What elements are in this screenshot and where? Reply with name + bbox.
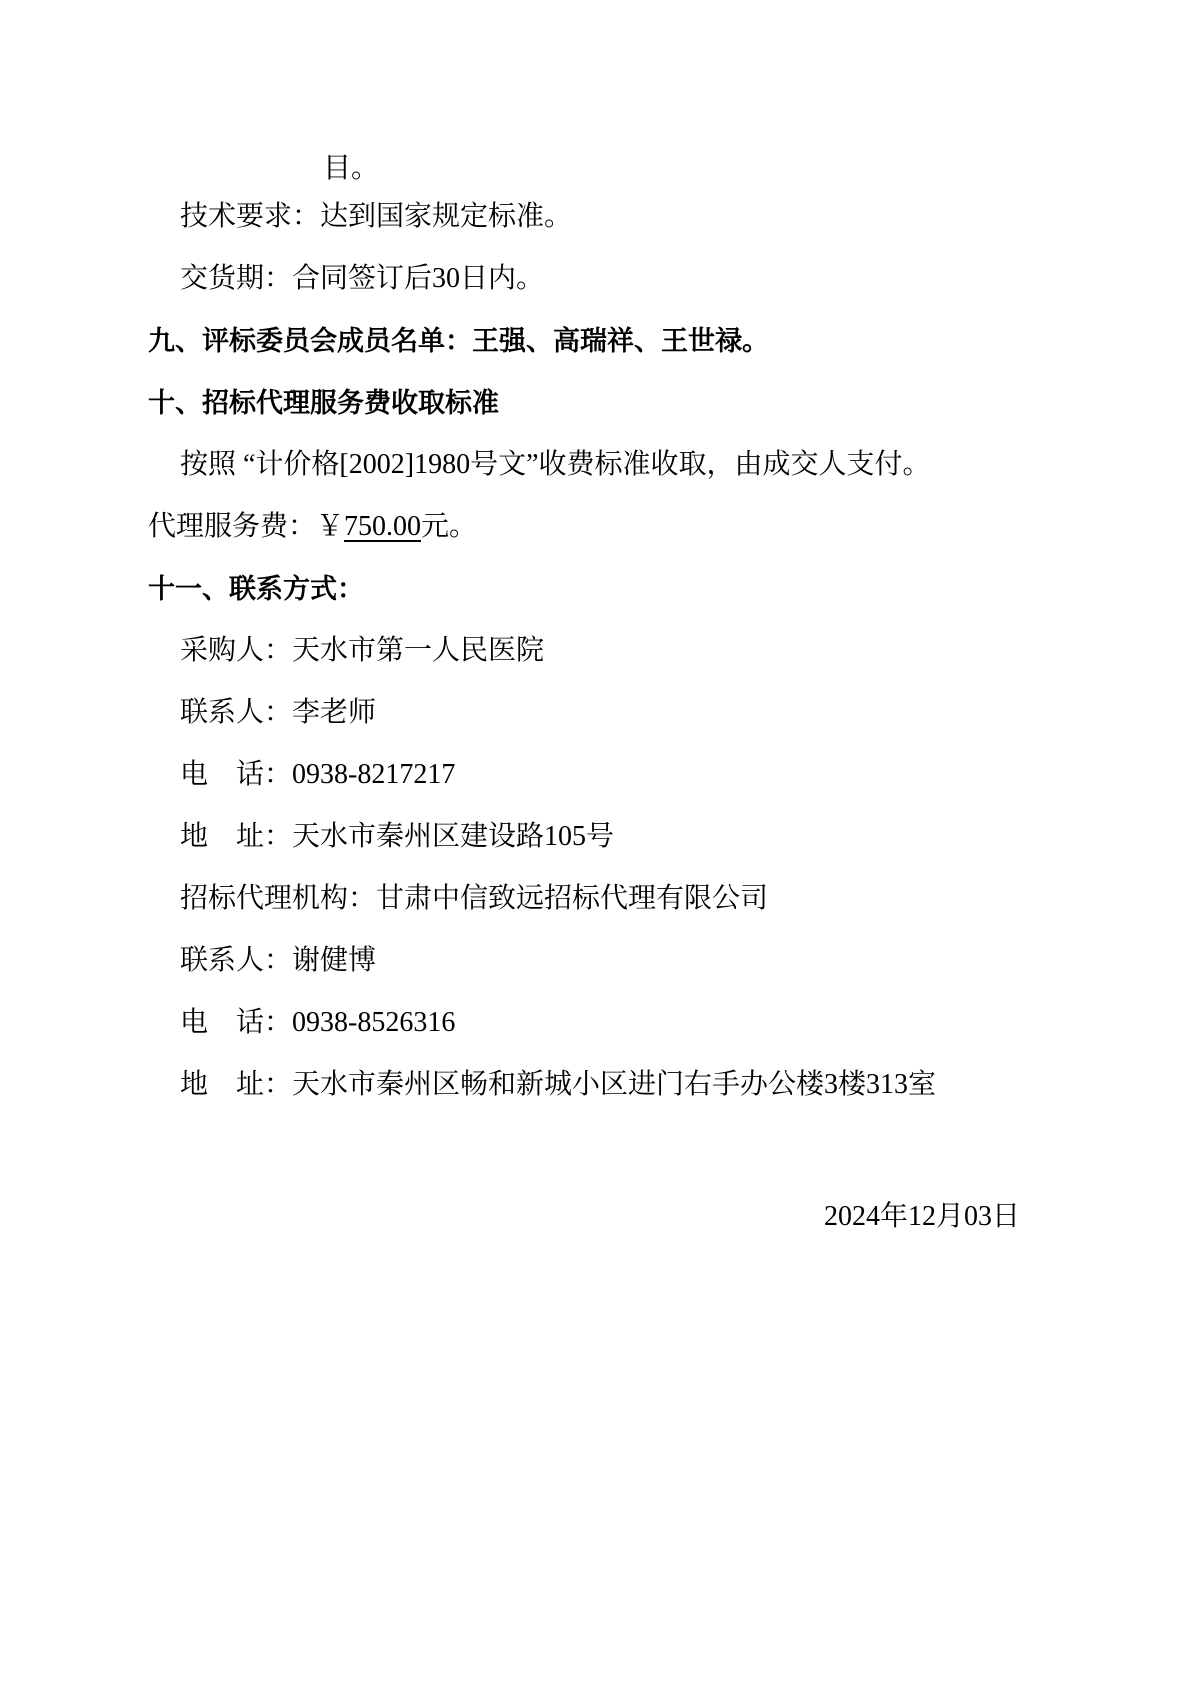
contact-line-agency-name: 招标代理机构：甘肃中信致远招标代理有限公司 (148, 881, 1046, 917)
paragraph-technical-requirements: 技术要求：达到国家规定标准。 (148, 199, 1046, 235)
document-date: 2024年12月03日 (148, 1199, 1046, 1235)
paragraph-fee-basis: 按照 “计价格[2002]1980号文”收费标准收取，由成交人支付。 (148, 447, 1046, 483)
contact-line-agency-phone: 电 话：0938-8526316 (148, 1005, 1046, 1041)
contact-line-purchaser-address: 地 址：天水市秦州区建设路105号 (148, 819, 1046, 855)
heading-section-ten-agency-fee-standard: 十、招标代理服务费收取标准 (148, 385, 1046, 421)
heading-section-nine-evaluation-committee: 九、评标委员会成员名单：王强、高瑞祥、王世禄。 (148, 323, 1046, 359)
paragraph-delivery-period: 交货期：合同签订后30日内。 (148, 261, 1046, 297)
agency-fee-prefix: 代理服务费：￥ (148, 511, 344, 542)
document-page: 目。 技术要求：达到国家规定标准。 交货期：合同签订后30日内。 九、评标委员会… (0, 0, 1191, 1684)
agency-fee-amount: 750.00 (344, 511, 421, 542)
contact-line-purchaser-contact-person: 联系人：李老师 (148, 695, 1046, 731)
contact-line-purchaser-phone: 电 话：0938-8217217 (148, 757, 1046, 793)
paragraph-agency-fee: 代理服务费：￥750.00元。 (148, 509, 1046, 545)
agency-fee-suffix: 元。 (421, 511, 477, 542)
contact-line-agency-contact-person: 联系人：谢健博 (148, 943, 1046, 979)
heading-section-eleven-contact-info: 十一、联系方式： (148, 571, 1046, 607)
contact-line-agency-address: 地 址：天水市秦州区畅和新城小区进门右手办公楼3楼313室 (148, 1067, 1046, 1103)
continuation-line: 目。 (148, 151, 1046, 187)
contact-line-purchaser: 采购人：天水市第一人民医院 (148, 633, 1046, 669)
